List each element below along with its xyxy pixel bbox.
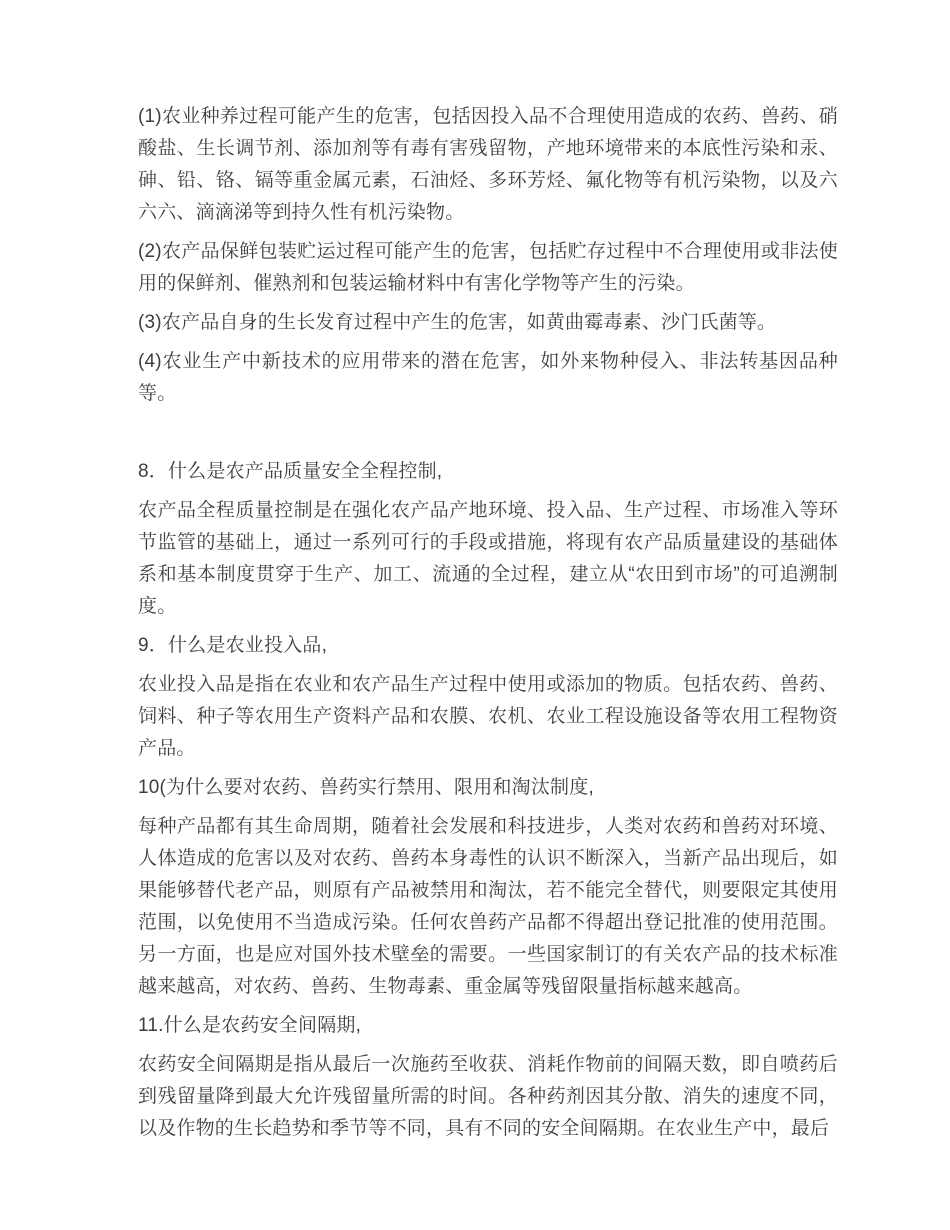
hazard-item-4-paragraph: (4)农业生产中新技术的应用带来的潜在危害，如外来物种侵入、非法转基因品种等。 xyxy=(138,346,838,410)
answer-9-paragraph: 农业投入品是指在农业和农产品生产过程中使用或添加的物质。包括农药、兽药、饲料、种… xyxy=(138,669,838,765)
question-11-heading: 11.什么是农药安全间隔期, xyxy=(138,1010,838,1042)
hazard-item-2-paragraph: (2)农产品保鲜包装贮运过程可能产生的危害，包括贮存过程中不合理使用或非法使用的… xyxy=(138,236,838,300)
hazard-item-1-paragraph: (1)农业种养过程可能产生的危害，包括因投入品不合理使用造成的农药、兽药、硝酸盐… xyxy=(138,101,838,229)
answer-11-paragraph: 农药安全间隔期是指从最后一次施药至收获、消耗作物前的间隔天数，即自喷药后到残留量… xyxy=(138,1049,838,1145)
document-body: (1)农业种养过程可能产生的危害，包括因投入品不合理使用造成的农药、兽药、硝酸盐… xyxy=(138,101,838,1152)
question-10-heading: 10(为什么要对农药、兽药实行禁用、限用和淘汰制度, xyxy=(138,772,838,804)
question-8-heading: 8．什么是农产品质量安全全程控制, xyxy=(138,456,838,488)
answer-10-paragraph: 每种产品都有其生命周期，随着社会发展和科技进步，人类对农药和兽药对环境、人体造成… xyxy=(138,811,838,1003)
question-9-heading: 9．什么是农业投入品, xyxy=(138,630,838,662)
answer-8-paragraph: 农产品全程质量控制是在强化农产品产地环境、投入品、生产过程、市场准入等环节监管的… xyxy=(138,495,838,623)
hazard-item-3-paragraph: (3)农产品自身的生长发育过程中产生的危害，如黄曲霉毒素、沙门氏菌等。 xyxy=(138,307,838,339)
document-page: { "document": { "language": "zh-CN", "te… xyxy=(0,0,950,1230)
blank-line xyxy=(138,417,838,449)
